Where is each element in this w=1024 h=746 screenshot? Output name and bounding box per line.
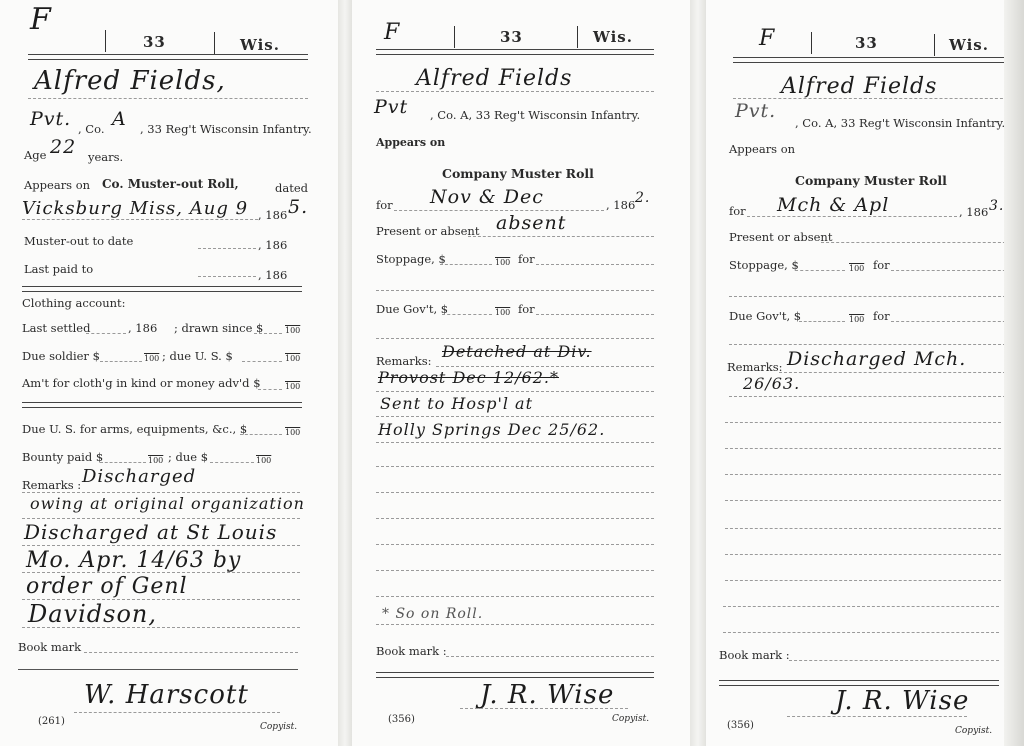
header-rule bbox=[28, 54, 308, 60]
state-abbrev: Wis. bbox=[949, 36, 989, 54]
rank-value: Pvt. bbox=[30, 108, 71, 130]
remarks-line: Holly Springs Dec 25/62. bbox=[378, 420, 605, 439]
remarks-line: Discharged at St Louis bbox=[24, 520, 277, 544]
form-number: (261) bbox=[38, 716, 65, 727]
remarks-line: 26/63. bbox=[743, 374, 800, 393]
remarks-line-struck: Detached at Div. bbox=[442, 342, 592, 361]
copyist-signature: J. R. Wise bbox=[480, 680, 614, 710]
regiment-number: 33 bbox=[855, 34, 878, 52]
copyist-label: Copyist. bbox=[260, 722, 297, 732]
card-initial: F bbox=[759, 26, 775, 51]
unit-label: , Co. A, 33 Reg't Wisconsin Infantry. bbox=[795, 116, 1005, 130]
copyist-signature: J. R. Wise bbox=[835, 686, 969, 716]
copyist-label: Copyist. bbox=[955, 726, 992, 736]
company-value: A bbox=[112, 108, 127, 130]
roll-type: Company Muster Roll bbox=[795, 173, 947, 188]
present-absent-value: absent bbox=[496, 212, 566, 234]
roll-year: 3. bbox=[989, 198, 1004, 214]
rule bbox=[28, 98, 308, 99]
company-muster-roll-card: F 33 Wis. Alfred Fields Pvt , Co. A, 33 … bbox=[350, 0, 695, 746]
page-gutter bbox=[338, 0, 352, 746]
form-number: (356) bbox=[727, 720, 754, 731]
book-mark-field bbox=[84, 652, 298, 653]
copyist-label: Copyist. bbox=[612, 714, 649, 724]
regiment-number: 33 bbox=[500, 28, 523, 46]
remarks-line: Discharged Mch. bbox=[787, 348, 966, 370]
form-number: (356) bbox=[388, 714, 415, 725]
roll-year: 2. bbox=[635, 190, 650, 206]
remarks-line: Mo. Apr. 14/63 by bbox=[26, 548, 241, 573]
copyist-signature: W. Harscott bbox=[84, 680, 249, 710]
book-mark-field bbox=[446, 656, 654, 657]
dated-year: 5. bbox=[288, 196, 308, 218]
rank-value: Pvt bbox=[374, 96, 408, 118]
book-mark-field bbox=[789, 660, 999, 661]
remarks-line-struck: Provost Dec 12/62.* bbox=[378, 368, 559, 387]
remarks-line: Davidson, bbox=[28, 600, 157, 628]
page-edge bbox=[1004, 0, 1024, 746]
unit-label: , Co. A, 33 Reg't Wisconsin Infantry. bbox=[430, 108, 640, 122]
dated-value: Vicksburg Miss, Aug 9 bbox=[22, 198, 248, 219]
roll-period: Nov & Dec bbox=[430, 186, 544, 208]
soldier-name: Alfred Fields bbox=[416, 66, 572, 91]
state-abbrev: Wis. bbox=[593, 28, 633, 46]
state-abbrev: Wis. bbox=[240, 36, 280, 54]
header-divider bbox=[105, 30, 106, 52]
remarks-line: owing at original organization bbox=[30, 494, 305, 513]
soldier-name: Alfred Fields bbox=[781, 74, 937, 99]
age-value: 22 bbox=[50, 136, 76, 158]
card-initial: F bbox=[384, 20, 400, 45]
remarks-line: Sent to Hosp'l at bbox=[380, 394, 533, 413]
muster-out-card: F 33 Wis. Alfred Fields, Pvt. , Co. A , … bbox=[0, 0, 342, 746]
page-gutter bbox=[690, 0, 706, 746]
roll-type: Company Muster Roll bbox=[442, 166, 594, 181]
remarks-line: Discharged bbox=[82, 466, 196, 487]
remarks-line: order of Genl bbox=[26, 574, 188, 599]
roll-period: Mch & Apl bbox=[777, 194, 889, 216]
card-initial: F bbox=[30, 2, 52, 37]
header-divider bbox=[214, 32, 215, 54]
company-muster-roll-card: F 33 Wis. Alfred Fields Pvt. , Co. A, 33… bbox=[703, 0, 1024, 746]
roll-type: Co. Muster-out Roll, bbox=[102, 177, 239, 191]
regiment-number: 33 bbox=[143, 33, 166, 51]
rank-value: Pvt. bbox=[735, 100, 776, 122]
clothing-account-heading: Clothing account: bbox=[22, 296, 126, 310]
soldier-name: Alfred Fields, bbox=[34, 66, 226, 96]
unit-label: , 33 Reg't Wisconsin Infantry. bbox=[140, 122, 312, 136]
footnote: * So on Roll. bbox=[382, 606, 483, 622]
